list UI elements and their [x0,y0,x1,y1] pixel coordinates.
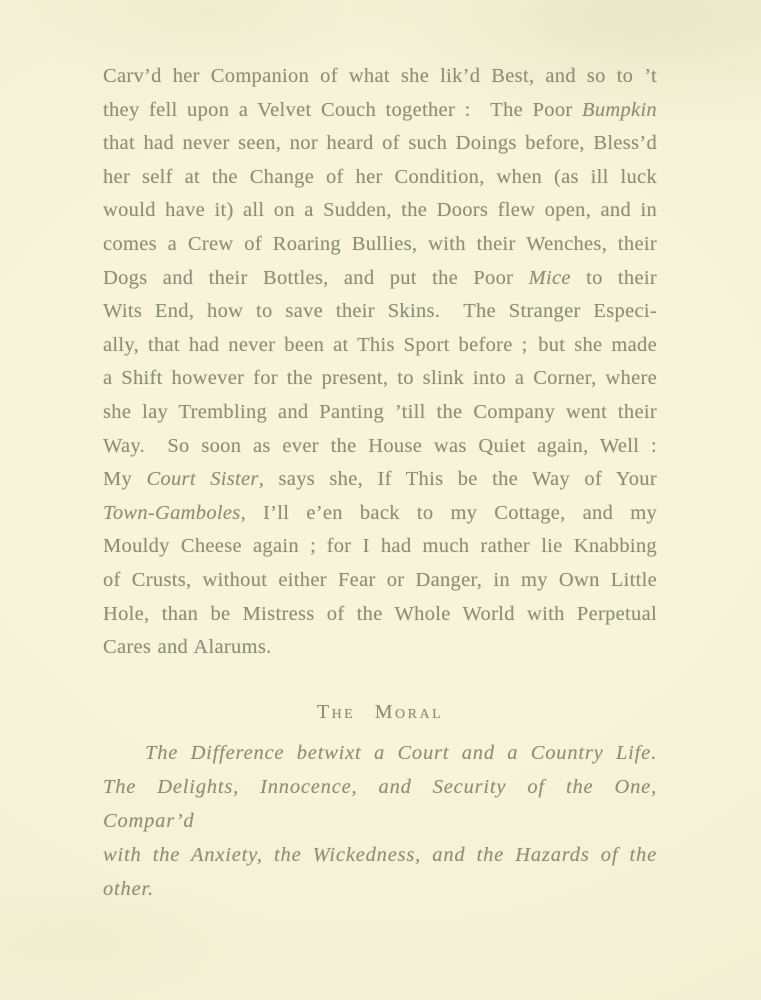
story-paragraph: Carv’d her Companion of what she lik’d B… [103,60,657,665]
text-line: Wits End, how to save their Skins. The S… [103,295,657,329]
text-line: that had never seen, nor heard of such D… [103,127,657,161]
moral-heading: The Moral [103,701,657,724]
text-line: with the Anxiety, the Wickedness, and th… [103,838,657,872]
italic-text-run: Bumpkin [582,99,657,121]
text-run: , says she, If This be the Way of Your [259,468,657,490]
text-line: Hole, than be Mistress of the Whole Worl… [103,598,657,632]
italic-text-run: Mice [529,267,571,289]
text-run: of Crusts, without either Fear or Danger… [103,569,657,591]
moral-paragraph: The Difference betwixt a Court and a Cou… [103,736,657,906]
text-run: they fell upon a Velvet Couch together :… [103,99,582,121]
book-page: Carv’d her Companion of what she lik’d B… [0,0,761,1000]
italic-text-run: Town-Gamboles [103,502,241,524]
text-run: Mouldy Cheese again ; for I had much rat… [103,535,657,557]
text-run: Way. So soon as ever the House was Quiet… [103,435,657,457]
text-line: The Delights, Innocence, and Security of… [103,770,657,838]
text-line: Dogs and their Bottles, and put the Poor… [103,262,657,296]
text-run: Dogs and their Bottles, and put the Poor [103,267,529,289]
text-run: that had never seen, nor heard of such D… [103,132,657,154]
text-line: The Difference betwixt a Court and a Cou… [103,736,657,770]
text-run: she lay Trembling and Panting ’till the … [103,401,657,423]
text-line: Way. So soon as ever the House was Quiet… [103,430,657,464]
text-run: her self at the Change of her Condition,… [103,166,657,188]
text-run: Wits End, how to save their Skins. The S… [103,300,657,322]
text-line: Cares and Alarums. [103,631,657,665]
text-line: My Court Sister, says she, If This be th… [103,463,657,497]
text-run: , I’ll e’en back to my Cottage, and my [241,502,657,524]
text-line: Town-Gamboles, I’ll e’en back to my Cott… [103,497,657,531]
text-run: Hole, than be Mistress of the Whole Worl… [103,603,657,625]
text-run: Cares and Alarums. [103,636,272,658]
text-run: would have it) all on a Sudden, the Door… [103,199,657,221]
text-line: would have it) all on a Sudden, the Door… [103,194,657,228]
text-line: comes a Crew of Roaring Bullies, with th… [103,228,657,262]
text-run: Carv’d her Companion of what she lik’d B… [103,65,657,87]
text-run: The Difference betwixt a Court and a Cou… [145,742,657,764]
text-run: a Shift however for the present, to slin… [103,367,657,389]
text-line: Carv’d her Companion of what she lik’d B… [103,60,657,94]
text-run: My [103,468,146,490]
text-line: Mouldy Cheese again ; for I had much rat… [103,530,657,564]
text-line: a Shift however for the present, to slin… [103,362,657,396]
text-run: The Delights, Innocence, and Security of… [103,776,657,832]
text-line: she lay Trembling and Panting ’till the … [103,396,657,430]
text-run: ally, that had never been at This Sport … [103,334,657,356]
text-run: with the Anxiety, the Wickedness, and th… [103,844,657,866]
text-line: her self at the Change of her Condition,… [103,161,657,195]
italic-text-run: Court Sister [146,468,258,490]
text-run: other. [103,878,154,900]
text-run: to their [571,267,657,289]
text-line: ally, that had never been at This Sport … [103,329,657,363]
text-line: they fell upon a Velvet Couch together :… [103,94,657,128]
text-line: of Crusts, without either Fear or Danger… [103,564,657,598]
text-run: comes a Crew of Roaring Bullies, with th… [103,233,657,255]
text-line: other. [103,872,657,906]
